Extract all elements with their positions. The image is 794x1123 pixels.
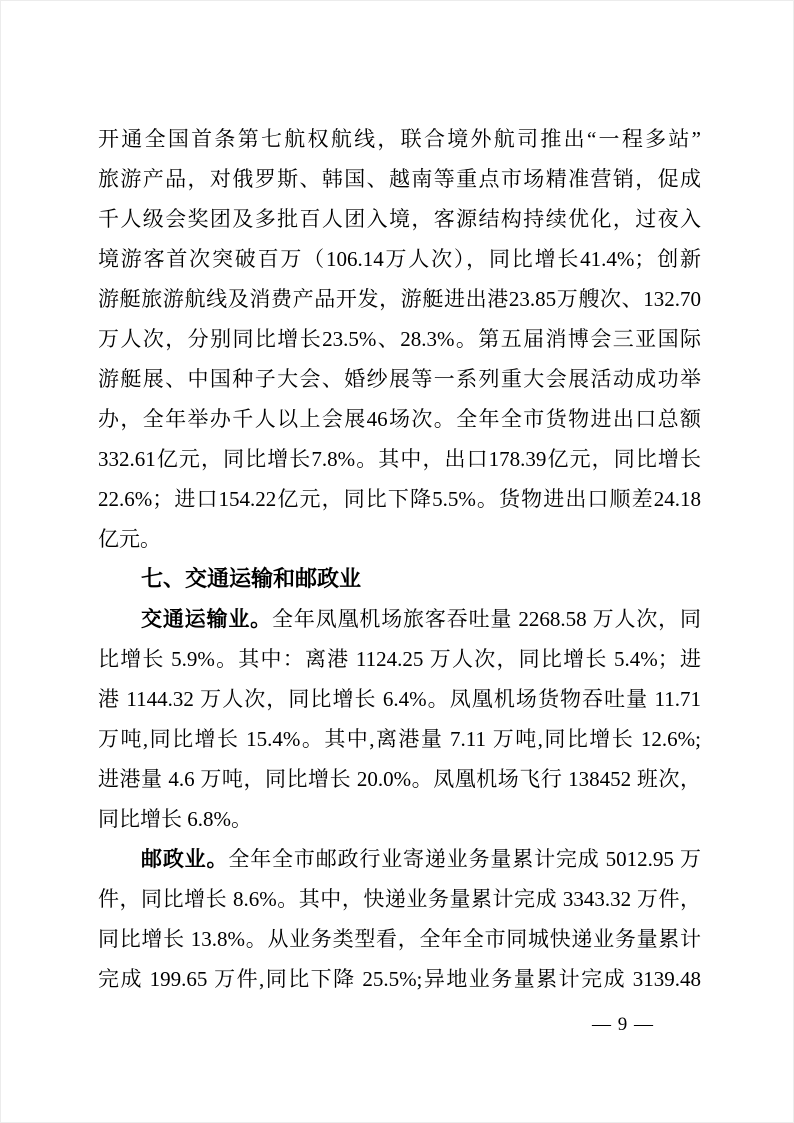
text-line: 件，同比增长 8.6%。其中，快递业务量累计完成 3343.32 万件， [98, 879, 701, 919]
paragraph-lead: 交通运输业。 [141, 608, 272, 631]
text-line: 万吨,同比增长 15.4%。其中,离港量 7.11 万吨,同比增长 12.6%; [98, 719, 701, 759]
paragraph-lead: 邮政业。 [141, 848, 228, 871]
line-text: 全年全市邮政行业寄递业务量累计完成 5012.95 万 [228, 847, 701, 871]
text-block: 开通全国首条第七航权航线，联合境外航司推出“一程多站”旅游产品，对俄罗斯、韩国、… [98, 119, 701, 999]
text-line: 亿元。 [98, 519, 701, 559]
text-line: 游艇展、中国种子大会、婚纱展等一系列重大会展活动成功举 [98, 359, 701, 399]
text-line: 游艇旅游航线及消费产品开发，游艇进出港23.85万艘次、132.70 [98, 279, 701, 319]
text-line: 千人级会奖团及多批百人团入境，客源结构持续优化，过夜入 [98, 199, 701, 239]
text-line: 办，全年举办千人以上会展46场次。全年全市货物进出口总额 [98, 399, 701, 439]
text-line: 完成 199.65 万件,同比下降 25.5%;异地业务量累计完成 3139.4… [98, 959, 701, 999]
section-heading-transport-postal: 七、交通运输和邮政业 [98, 559, 701, 599]
text-line: 22.6%；进口154.22亿元，同比下降5.5%。货物进出口顺差24.18 [98, 479, 701, 519]
text-line: 进港量 4.6 万吨，同比增长 20.0%。凤凰机场飞行 138452 班次， [98, 759, 701, 799]
text-line: 港 1144.32 万人次，同比增长 6.4%。凤凰机场货物吞吐量 11.71 [98, 679, 701, 719]
text-line: 开通全国首条第七航权航线，联合境外航司推出“一程多站” [98, 119, 701, 159]
text-line: 比增长 5.9%。其中：离港 1124.25 万人次，同比增长 5.4%；进 [98, 639, 701, 679]
document-page: 开通全国首条第七航权航线，联合境外航司推出“一程多站”旅游产品，对俄罗斯、韩国、… [0, 0, 794, 1123]
text-line: 332.61亿元，同比增长7.8%。其中，出口178.39亿元，同比增长 [98, 439, 701, 479]
text-line: 交通运输业。全年凤凰机场旅客吞吐量 2268.58 万人次，同 [98, 599, 701, 639]
text-line: 万人次，分别同比增长23.5%、28.3%。第五届消博会三亚国际 [98, 319, 701, 359]
text-line: 邮政业。全年全市邮政行业寄递业务量累计完成 5012.95 万 [98, 839, 701, 879]
line-text: 全年凤凰机场旅客吞吐量 2268.58 万人次，同 [272, 607, 701, 631]
text-line: 旅游产品，对俄罗斯、韩国、越南等重点市场精准营销，促成 [98, 159, 701, 199]
text-line: 同比增长 6.8%。 [98, 799, 701, 839]
text-line: 境游客首次突破百万（106.14万人次），同比增长41.4%；创新 [98, 239, 701, 279]
page-number: — 9 — [592, 1014, 654, 1036]
text-line: 同比增长 13.8%。从业务类型看，全年全市同城快递业务量累计 [98, 919, 701, 959]
